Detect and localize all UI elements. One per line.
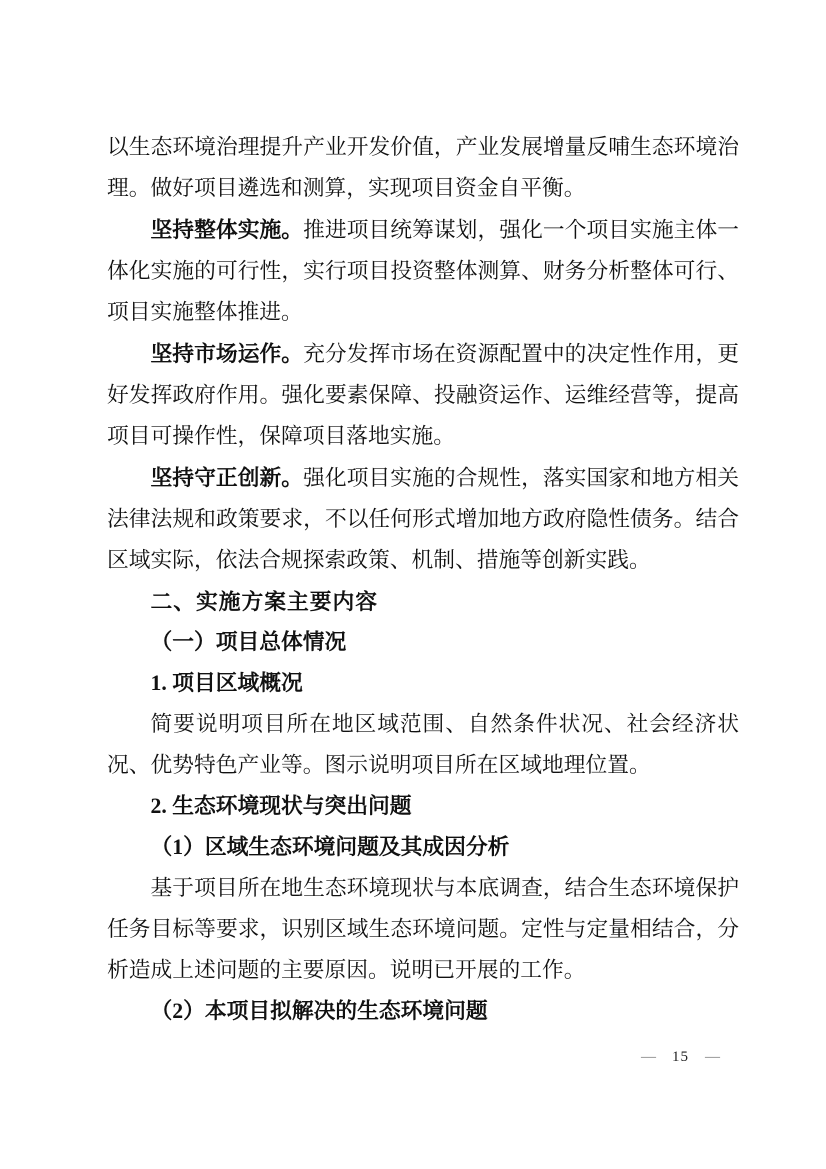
body-paragraph-region-description: 简要说明项目所在地区域范围、自然条件状况、社会经济状况、优势特色产业等。图示说明… (107, 704, 739, 786)
document-page: 以生态环境治理提升产业开发价值，产业发展增量反哺生态环境治理。做好项目遴选和测算… (0, 0, 826, 1169)
item-heading-eco-environment-status: 2. 生态环境现状与突出问题 (107, 786, 739, 827)
paragraph-text: 简要说明项目所在地区域范围、自然条件状况、社会经济状况、优势特色产业等。图示说明… (107, 712, 739, 777)
body-paragraph-integrity-innovation: 坚持守正创新。强化项目实施的合规性，落实国家和地方相关法律法规和政策要求，不以任… (107, 457, 739, 581)
footer-dash-left: — (641, 1047, 656, 1067)
body-paragraph-market-operation: 坚持市场运作。充分发挥市场在资源配置中的决定性作用，更好发挥政府作用。强化要素保… (107, 333, 739, 457)
paragraph-text: 以生态环境治理提升产业开发价值，产业发展增量反哺生态环境治理。做好项目遴选和测算… (107, 135, 739, 200)
document-body: 以生态环境治理提升产业开发价值，产业发展增量反哺生态环境治理。做好项目遴选和测算… (107, 127, 739, 1032)
body-paragraph-problem-analysis: 基于项目所在地生态环境现状与本底调查，结合生态环境保护任务目标等要求，识别区域生… (107, 868, 739, 991)
paragraph-bold-lead: 坚持市场运作。 (151, 341, 304, 366)
subitem-heading-regional-eco-problems: （1）区域生态环境问题及其成因分析 (107, 827, 739, 868)
body-paragraph-overall-implementation: 坚持整体实施。推进项目统筹谋划，强化一个项目实施主体一体化实施的可行性，实行项目… (107, 209, 739, 333)
paragraph-text: 基于项目所在地生态环境现状与本底调查，结合生态环境保护任务目标等要求，识别区域生… (107, 876, 739, 982)
footer-dash-right: — (705, 1047, 720, 1067)
item-heading-project-region: 1. 项目区域概况 (107, 663, 739, 704)
subsection-heading-project-overview: （一）项目总体情况 (107, 622, 739, 663)
paragraph-bold-lead: 坚持整体实施。 (151, 217, 304, 242)
paragraph-bold-lead: 坚持守正创新。 (151, 465, 304, 490)
section-heading-main-content: 二、实施方案主要内容 (107, 581, 739, 622)
body-paragraph-continuation: 以生态环境治理提升产业开发价值，产业发展增量反哺生态环境治理。做好项目遴选和测算… (107, 127, 739, 209)
page-footer: — 15 — (641, 1047, 720, 1067)
subitem-heading-problems-to-solve: （2）本项目拟解决的生态环境问题 (107, 991, 739, 1032)
page-number: 15 (672, 1047, 689, 1067)
